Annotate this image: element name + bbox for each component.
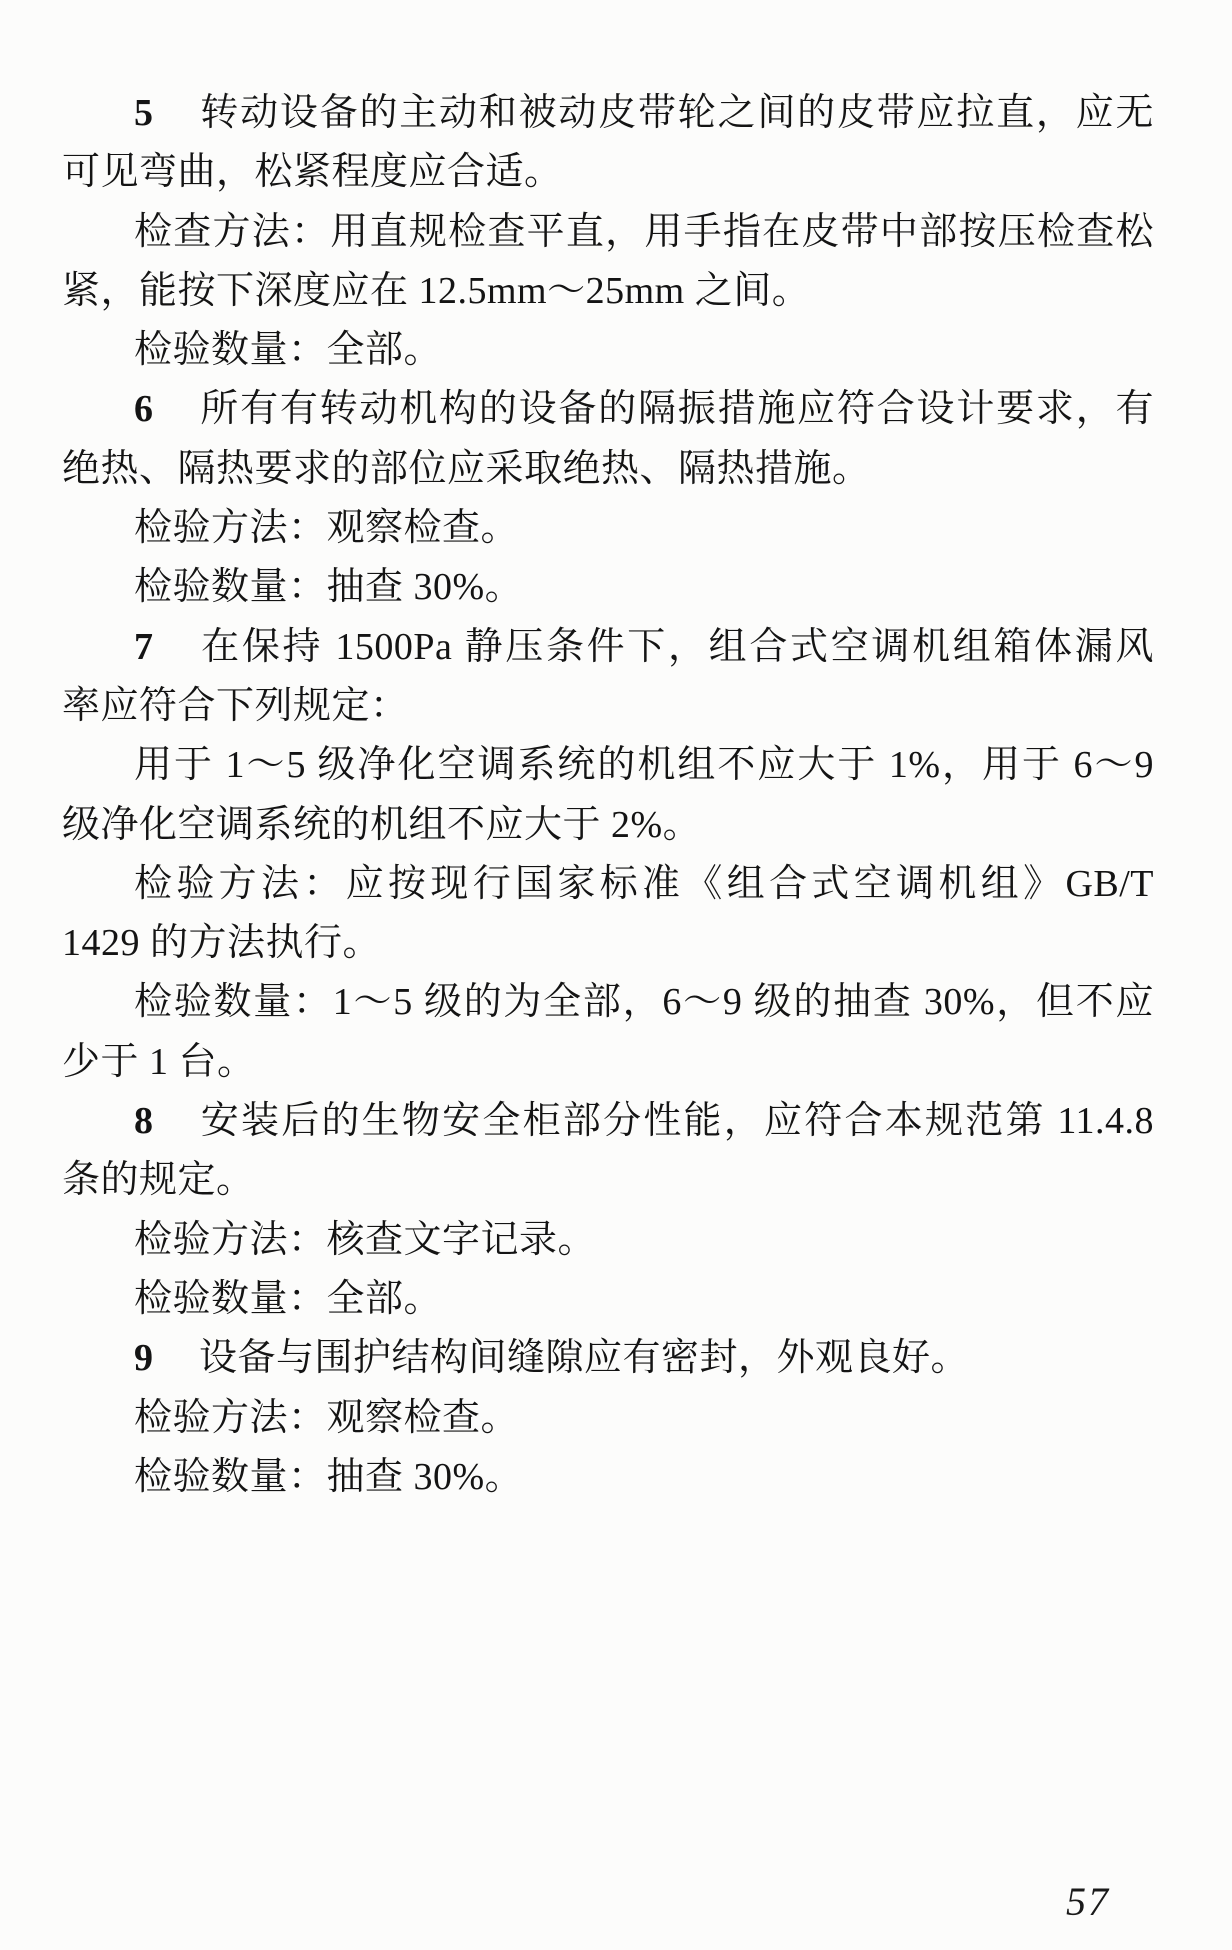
text-line: 率应符合下列规定： (62, 677, 1154, 736)
text-line: 检验方法：观察检查。 (62, 1389, 1154, 1448)
text-line: 6所有有转动机构的设备的隔振措施应符合设计要求，有 (62, 380, 1154, 439)
line-text: 设备与围护结构间缝隙应有密封，外观良好。 (199, 1337, 969, 1379)
line-text: 检验方法：核查文字记录。 (134, 1219, 596, 1261)
item-number: 8 (134, 1100, 153, 1142)
line-text: 检验数量：抽查 30%。 (134, 1456, 523, 1498)
line-text: 转动设备的主动和被动皮带轮之间的皮带应拉直，应无 (199, 92, 1154, 134)
text-line: 条的规定。 (62, 1151, 1154, 1210)
line-text: 率应符合下列规定： (62, 685, 409, 727)
text-line: 检验数量：全部。 (62, 321, 1154, 380)
line-text: 少于 1 台。 (62, 1041, 256, 1083)
text-line: 7在保持 1500Pa 静压条件下，组合式空调机组箱体漏风 (62, 618, 1154, 677)
line-text: 检验方法：应按现行国家标准《组合式空调机组》GB/T (134, 863, 1154, 905)
text-line: 检验数量：抽查 30%。 (62, 1448, 1154, 1507)
line-text: 可见弯曲，松紧程度应合适。 (62, 151, 563, 193)
page-number: 57 (1066, 1878, 1110, 1925)
line-text: 在保持 1500Pa 静压条件下，组合式空调机组箱体漏风 (199, 626, 1154, 668)
line-text: 所有有转动机构的设备的隔振措施应符合设计要求，有 (199, 388, 1154, 430)
text-line: 可见弯曲，松紧程度应合适。 (62, 143, 1154, 202)
item-number: 5 (134, 92, 153, 134)
body-text: 5转动设备的主动和被动皮带轮之间的皮带应拉直，应无 可见弯曲，松紧程度应合适。 … (62, 84, 1154, 1507)
text-line: 5转动设备的主动和被动皮带轮之间的皮带应拉直，应无 (62, 84, 1154, 143)
text-line: 检验方法：应按现行国家标准《组合式空调机组》GB/T (62, 855, 1154, 914)
text-line: 级净化空调系统的机组不应大于 2%。 (62, 796, 1154, 855)
item-number: 6 (134, 388, 153, 430)
line-text: 绝热、隔热要求的部位应采取绝热、隔热措施。 (62, 448, 871, 490)
item-number: 9 (134, 1337, 153, 1379)
line-text: 检验方法：观察检查。 (134, 1397, 519, 1439)
document-page: 5转动设备的主动和被动皮带轮之间的皮带应拉直，应无 可见弯曲，松紧程度应合适。 … (0, 0, 1232, 1950)
line-text: 检验数量：全部。 (134, 329, 442, 371)
text-line: 检验数量：全部。 (62, 1270, 1154, 1329)
text-line: 检验方法：核查文字记录。 (62, 1211, 1154, 1270)
text-line: 检查方法：用直规检查平直，用手指在皮带中部按压检查松 (62, 203, 1154, 262)
line-text: 1429 的方法执行。 (62, 922, 381, 964)
text-line: 检验方法：观察检查。 (62, 499, 1154, 558)
text-line: 紧，能按下深度应在 12.5mm～25mm 之间。 (62, 262, 1154, 321)
line-text: 检验数量：1～5 级的为全部，6～9 级的抽查 30%，但不应 (134, 981, 1154, 1023)
line-text: 级净化空调系统的机组不应大于 2%。 (62, 804, 701, 846)
text-line: 用于 1～5 级净化空调系统的机组不应大于 1%，用于 6～9 (62, 736, 1154, 795)
text-line: 少于 1 台。 (62, 1033, 1154, 1092)
line-text: 检查方法：用直规检查平直，用手指在皮带中部按压检查松 (134, 211, 1154, 253)
line-text: 检验数量：全部。 (134, 1278, 442, 1320)
text-line: 1429 的方法执行。 (62, 914, 1154, 973)
text-line: 9设备与围护结构间缝隙应有密封，外观良好。 (62, 1329, 1154, 1388)
text-line: 8安装后的生物安全柜部分性能，应符合本规范第 11.4.8 (62, 1092, 1154, 1151)
text-line: 检验数量：抽查 30%。 (62, 558, 1154, 617)
line-text: 紧，能按下深度应在 12.5mm～25mm 之间。 (62, 270, 810, 312)
line-text: 安装后的生物安全柜部分性能，应符合本规范第 11.4.8 (199, 1100, 1154, 1142)
text-line: 检验数量：1～5 级的为全部，6～9 级的抽查 30%，但不应 (62, 973, 1154, 1032)
line-text: 条的规定。 (62, 1159, 255, 1201)
line-text: 用于 1～5 级净化空调系统的机组不应大于 1%，用于 6～9 (134, 744, 1154, 786)
line-text: 检验数量：抽查 30%。 (134, 566, 523, 608)
line-text: 检验方法：观察检查。 (134, 507, 519, 549)
text-line: 绝热、隔热要求的部位应采取绝热、隔热措施。 (62, 440, 1154, 499)
item-number: 7 (134, 626, 153, 668)
